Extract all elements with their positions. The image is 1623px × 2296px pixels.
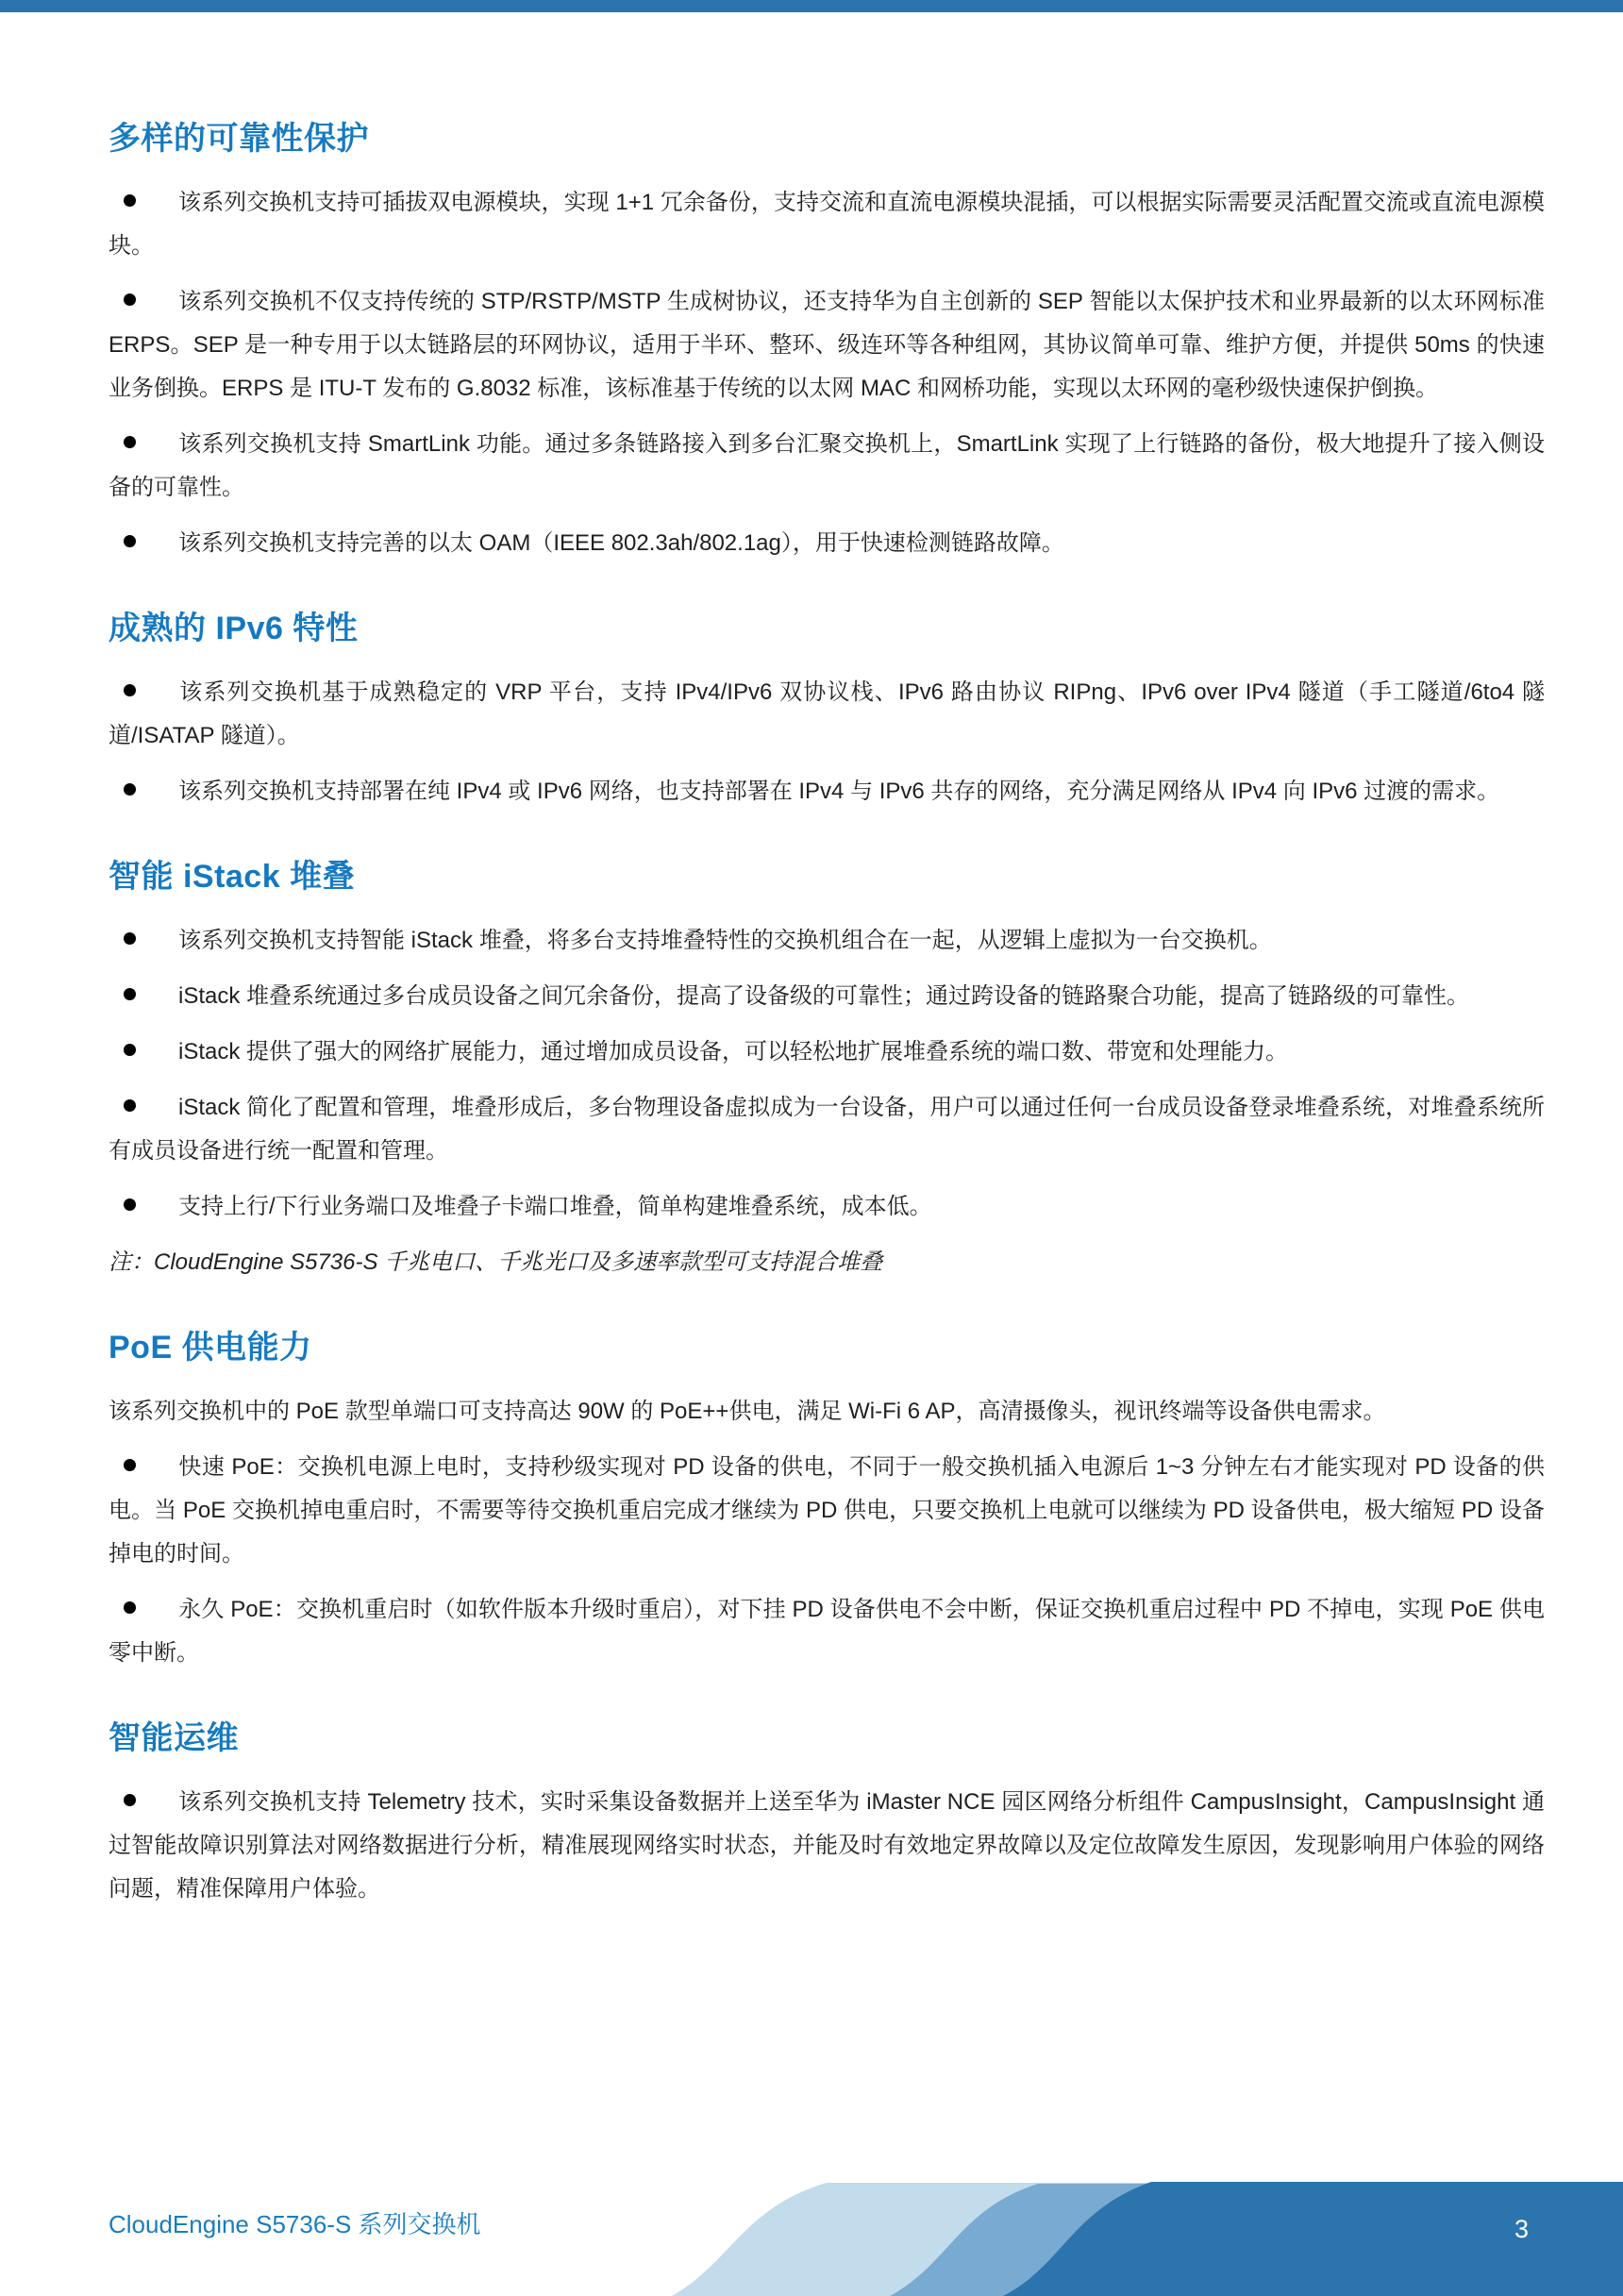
item-text: 支持上行/下行业务端口及堆叠子卡端口堆叠，简单构建堆叠系统，成本低。: [178, 1194, 932, 1219]
bullet-item: iStack 提供了强大的网络扩展能力，通过增加成员设备，可以轻松地扩展堆叠系统…: [109, 1031, 1545, 1074]
feature-section: 成熟的 IPv6 特性该系列交换机基于成熟稳定的 VRP 平台，支持 IPv4/…: [109, 609, 1545, 813]
section-heading: 多样的可靠性保护: [109, 119, 1545, 159]
item-text: 该系列交换机基于成熟稳定的 VRP 平台，支持 IPv4/IPv6 双协议栈、I…: [109, 679, 1545, 748]
bullet-item: 永久 PoE：交换机重启时（如软件版本升级时重启），对下挂 PD 设备供电不会中…: [109, 1588, 1545, 1675]
page-number: 3: [1514, 2213, 1529, 2245]
item-text: iStack 堆叠系统通过多台成员设备之间冗余备份，提高了设备级的可靠性；通过跨…: [178, 983, 1469, 1009]
bullet-dot: [124, 1459, 136, 1471]
bullet-dot: [124, 988, 136, 1000]
bullet-dot: [124, 932, 136, 945]
bullet-dot: [124, 293, 136, 306]
bullet-item: 支持上行/下行业务端口及堆叠子卡端口堆叠，简单构建堆叠系统，成本低。: [109, 1185, 1545, 1229]
item-text: 该系列交换机支持 Telemetry 技术，实时采集设备数据并上送至华为 iMa…: [109, 1789, 1545, 1902]
bullet-item: iStack 简化了配置和管理，堆叠形成后，多台物理设备虚拟成为一台设备，用户可…: [109, 1086, 1545, 1173]
bullet-item: 快速 PoE：交换机电源上电时，支持秒级实现对 PD 设备的供电，不同于一般交换…: [109, 1446, 1545, 1576]
item-text: 该系列交换机支持完善的以太 OAM（IEEE 802.3ah/802.1ag），…: [178, 530, 1064, 556]
item-text: 该系列交换机不仅支持传统的 STP/RSTP/MSTP 生成树协议，还支持华为自…: [109, 289, 1545, 401]
bullet-dot: [124, 535, 136, 547]
bullet-item: iStack 堆叠系统通过多台成员设备之间冗余备份，提高了设备级的可靠性；通过跨…: [109, 975, 1545, 1018]
note-line: 注：CloudEngine S5736-S 千兆电口、千兆光口及多速率款型可支持…: [109, 1241, 1545, 1284]
bullet-item: 该系列交换机支持 SmartLink 功能。通过多条链路接入到多台汇聚交换机上，…: [109, 423, 1545, 510]
bullet-dot: [124, 783, 136, 796]
paragraph: 该系列交换机中的 PoE 款型单端口可支持高达 90W 的 PoE++供电，满足…: [109, 1390, 1545, 1433]
section-heading: PoE 供电能力: [109, 1328, 1545, 1367]
feature-section: 智能 iStack 堆叠该系列交换机支持智能 iStack 堆叠，将多台支持堆叠…: [109, 857, 1545, 1284]
content: 多样的可靠性保护该系列交换机支持可插拔双电源模块，实现 1+1 冗余备份，支持交…: [109, 0, 1545, 1923]
item-text: 该系列交换机支持部署在纯 IPv4 或 IPv6 网络，也支持部署在 IPv4 …: [178, 779, 1499, 804]
item-text: 该系列交换机支持智能 iStack 堆叠，将多台支持堆叠特性的交换机组合在一起，…: [178, 928, 1272, 953]
bullet-dot: [124, 194, 136, 207]
bullet-dot: [124, 1601, 136, 1614]
bullet-item: 该系列交换机支持可插拔双电源模块，实现 1+1 冗余备份，支持交流和直流电源模块…: [109, 181, 1545, 268]
bullet-dot: [124, 1794, 136, 1806]
bullet-dot: [124, 1099, 136, 1112]
bullet-dot: [124, 684, 136, 696]
item-text: 注：CloudEngine S5736-S 千兆电口、千兆光口及多速率款型可支持…: [109, 1249, 882, 1275]
datasheet-page: { "colors":{ "accent":"#1479C1", "body_t…: [0, 0, 1623, 2296]
bullet-item: 该系列交换机支持 Telemetry 技术，实时采集设备数据并上送至华为 iMa…: [109, 1781, 1545, 1911]
item-text: 该系列交换机中的 PoE 款型单端口可支持高达 90W 的 PoE++供电，满足…: [109, 1399, 1385, 1424]
feature-section: PoE 供电能力该系列交换机中的 PoE 款型单端口可支持高达 90W 的 Po…: [109, 1328, 1545, 1675]
section-heading: 智能运维: [109, 1718, 1545, 1758]
bullet-item: 该系列交换机支持智能 iStack 堆叠，将多台支持堆叠特性的交换机组合在一起，…: [109, 919, 1545, 963]
section-heading: 智能 iStack 堆叠: [109, 857, 1545, 897]
bullet-item: 该系列交换机基于成熟稳定的 VRP 平台，支持 IPv4/IPv6 双协议栈、I…: [109, 671, 1545, 758]
item-text: iStack 提供了强大的网络扩展能力，通过增加成员设备，可以轻松地扩展堆叠系统…: [178, 1039, 1288, 1064]
bullet-dot: [124, 1044, 136, 1056]
bullet-dot: [124, 436, 136, 448]
item-text: 永久 PoE：交换机重启时（如软件版本升级时重启），对下挂 PD 设备供电不会中…: [109, 1597, 1545, 1666]
item-text: 快速 PoE：交换机电源上电时，支持秒级实现对 PD 设备的供电，不同于一般交换…: [109, 1454, 1545, 1567]
feature-section: 智能运维该系列交换机支持 Telemetry 技术，实时采集设备数据并上送至华为…: [109, 1718, 1545, 1911]
bullet-dot: [124, 1198, 136, 1211]
bullet-item: 该系列交换机不仅支持传统的 STP/RSTP/MSTP 生成树协议，还支持华为自…: [109, 280, 1545, 411]
section-heading: 成熟的 IPv6 特性: [109, 609, 1545, 648]
item-text: 该系列交换机支持 SmartLink 功能。通过多条链路接入到多台汇聚交换机上，…: [109, 431, 1545, 500]
item-text: iStack 简化了配置和管理，堆叠形成后，多台物理设备虚拟成为一台设备，用户可…: [109, 1095, 1545, 1164]
bullet-item: 该系列交换机支持完善的以太 OAM（IEEE 802.3ah/802.1ag），…: [109, 522, 1545, 565]
footer-product-name: CloudEngine S5736-S 系列交换机: [109, 2208, 481, 2240]
feature-section: 多样的可靠性保护该系列交换机支持可插拔双电源模块，实现 1+1 冗余备份，支持交…: [109, 119, 1545, 565]
item-text: 该系列交换机支持可插拔双电源模块，实现 1+1 冗余备份，支持交流和直流电源模块…: [109, 190, 1545, 259]
bullet-item: 该系列交换机支持部署在纯 IPv4 或 IPv6 网络，也支持部署在 IPv4 …: [109, 770, 1545, 813]
